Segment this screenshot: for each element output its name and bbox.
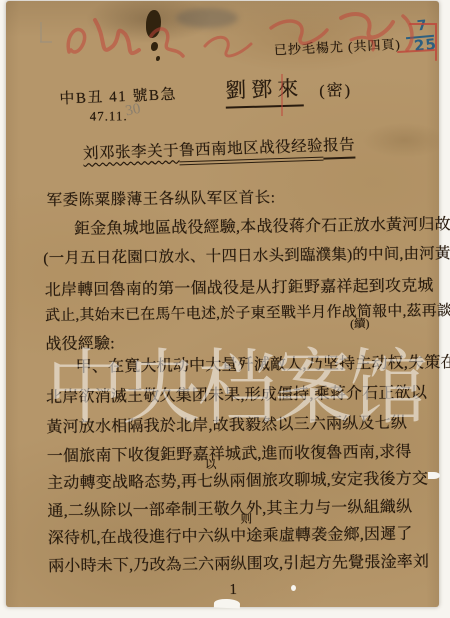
- paper-pinhole: [291, 585, 296, 591]
- body-line: 黃河放水相隔我於北岸,故我毅然以三六兩纵及七纵: [46, 410, 407, 437]
- manuscript-text-layer: 已抄毛楊尤 (共四頁) 中B丑 41 號B急 47.11. 30 劉鄧來 (密)…: [0, 0, 450, 618]
- page-number: 1: [229, 582, 237, 599]
- inserted-word-ze: 则: [240, 511, 252, 527]
- date-day-pencil: 30: [124, 101, 142, 120]
- body-line: 主动轉变战略态势,再七纵兩個旅攻聊城,安定我後方交: [47, 466, 428, 494]
- pencil-tick: [40, 22, 42, 42]
- pencil-tick: [40, 41, 52, 43]
- salutation-line: 军委陈粟滕薄王各纵队军区首长:: [47, 185, 276, 210]
- document-title: 刘邓张李关于鲁西南地区战役经验报告: [83, 133, 356, 164]
- body-line: 兩小時未下,乃改為三六兩纵围攻,引起方先覺張淦率刘: [48, 549, 429, 577]
- body-line: 战役經驗:: [45, 330, 115, 354]
- title-emphasis: 鲁西南地区战役经验: [179, 138, 324, 166]
- body-line: 北岸轉回魯南的第一個战役是从打鉅野嘉祥起到攻克城: [45, 272, 434, 300]
- title-prefix: 刘邓张李关于: [83, 142, 180, 162]
- body-line: (一月五日花園口放水、十四日水头到臨濮集)的中间,由河黃: [43, 241, 450, 268]
- body-line: 一個旅南下收復鉅野嘉祥城武,進而收復魯西南,求得: [47, 439, 412, 466]
- inserted-word-yi: 以: [205, 456, 217, 472]
- archival-document-scan: 7 25 已抄毛楊尤 (共四頁) 中B丑 41 號B急 47.11. 30 劉鄧…: [0, 0, 450, 618]
- body-line: 鉅金魚城地區战役經驗,本战役蒋介石正放水黃河归故: [74, 211, 450, 239]
- paper-edge-nick: [428, 472, 440, 479]
- red-pencil-scribble: [55, 6, 425, 68]
- date: 47.11.: [90, 108, 128, 124]
- body-line: 甲、在寬大机动中大量歼滅敵人,乃坚持主动权,失策在: [76, 349, 450, 377]
- body-line: 通,二纵除以一部牵制王敬久外,其主力与一纵組織纵: [47, 494, 412, 521]
- secrecy-mark: (密): [319, 77, 352, 100]
- body-line: 北岸欲消滅王敬久集团未果,形成僵持,乘蒋介石正欲以: [46, 380, 427, 408]
- red-pencil-stroke: [281, 74, 283, 116]
- paper-edge-nick: [214, 599, 240, 609]
- inserted-word-xu: (續): [350, 315, 369, 331]
- title-suffix: 报告: [323, 137, 356, 160]
- red-corner-bracket: [394, 20, 442, 64]
- sender-name: 劉鄧來: [225, 72, 304, 108]
- body-line: 武止,其始末已在馬午电述,於子東至戰半月作战简報中,茲再談: [45, 299, 450, 325]
- body-line: 深待机,在战役進行中六纵中途乘虛轉袭金鄉,因遲了: [48, 521, 413, 548]
- file-number: 中B丑 41 號B急: [59, 83, 177, 108]
